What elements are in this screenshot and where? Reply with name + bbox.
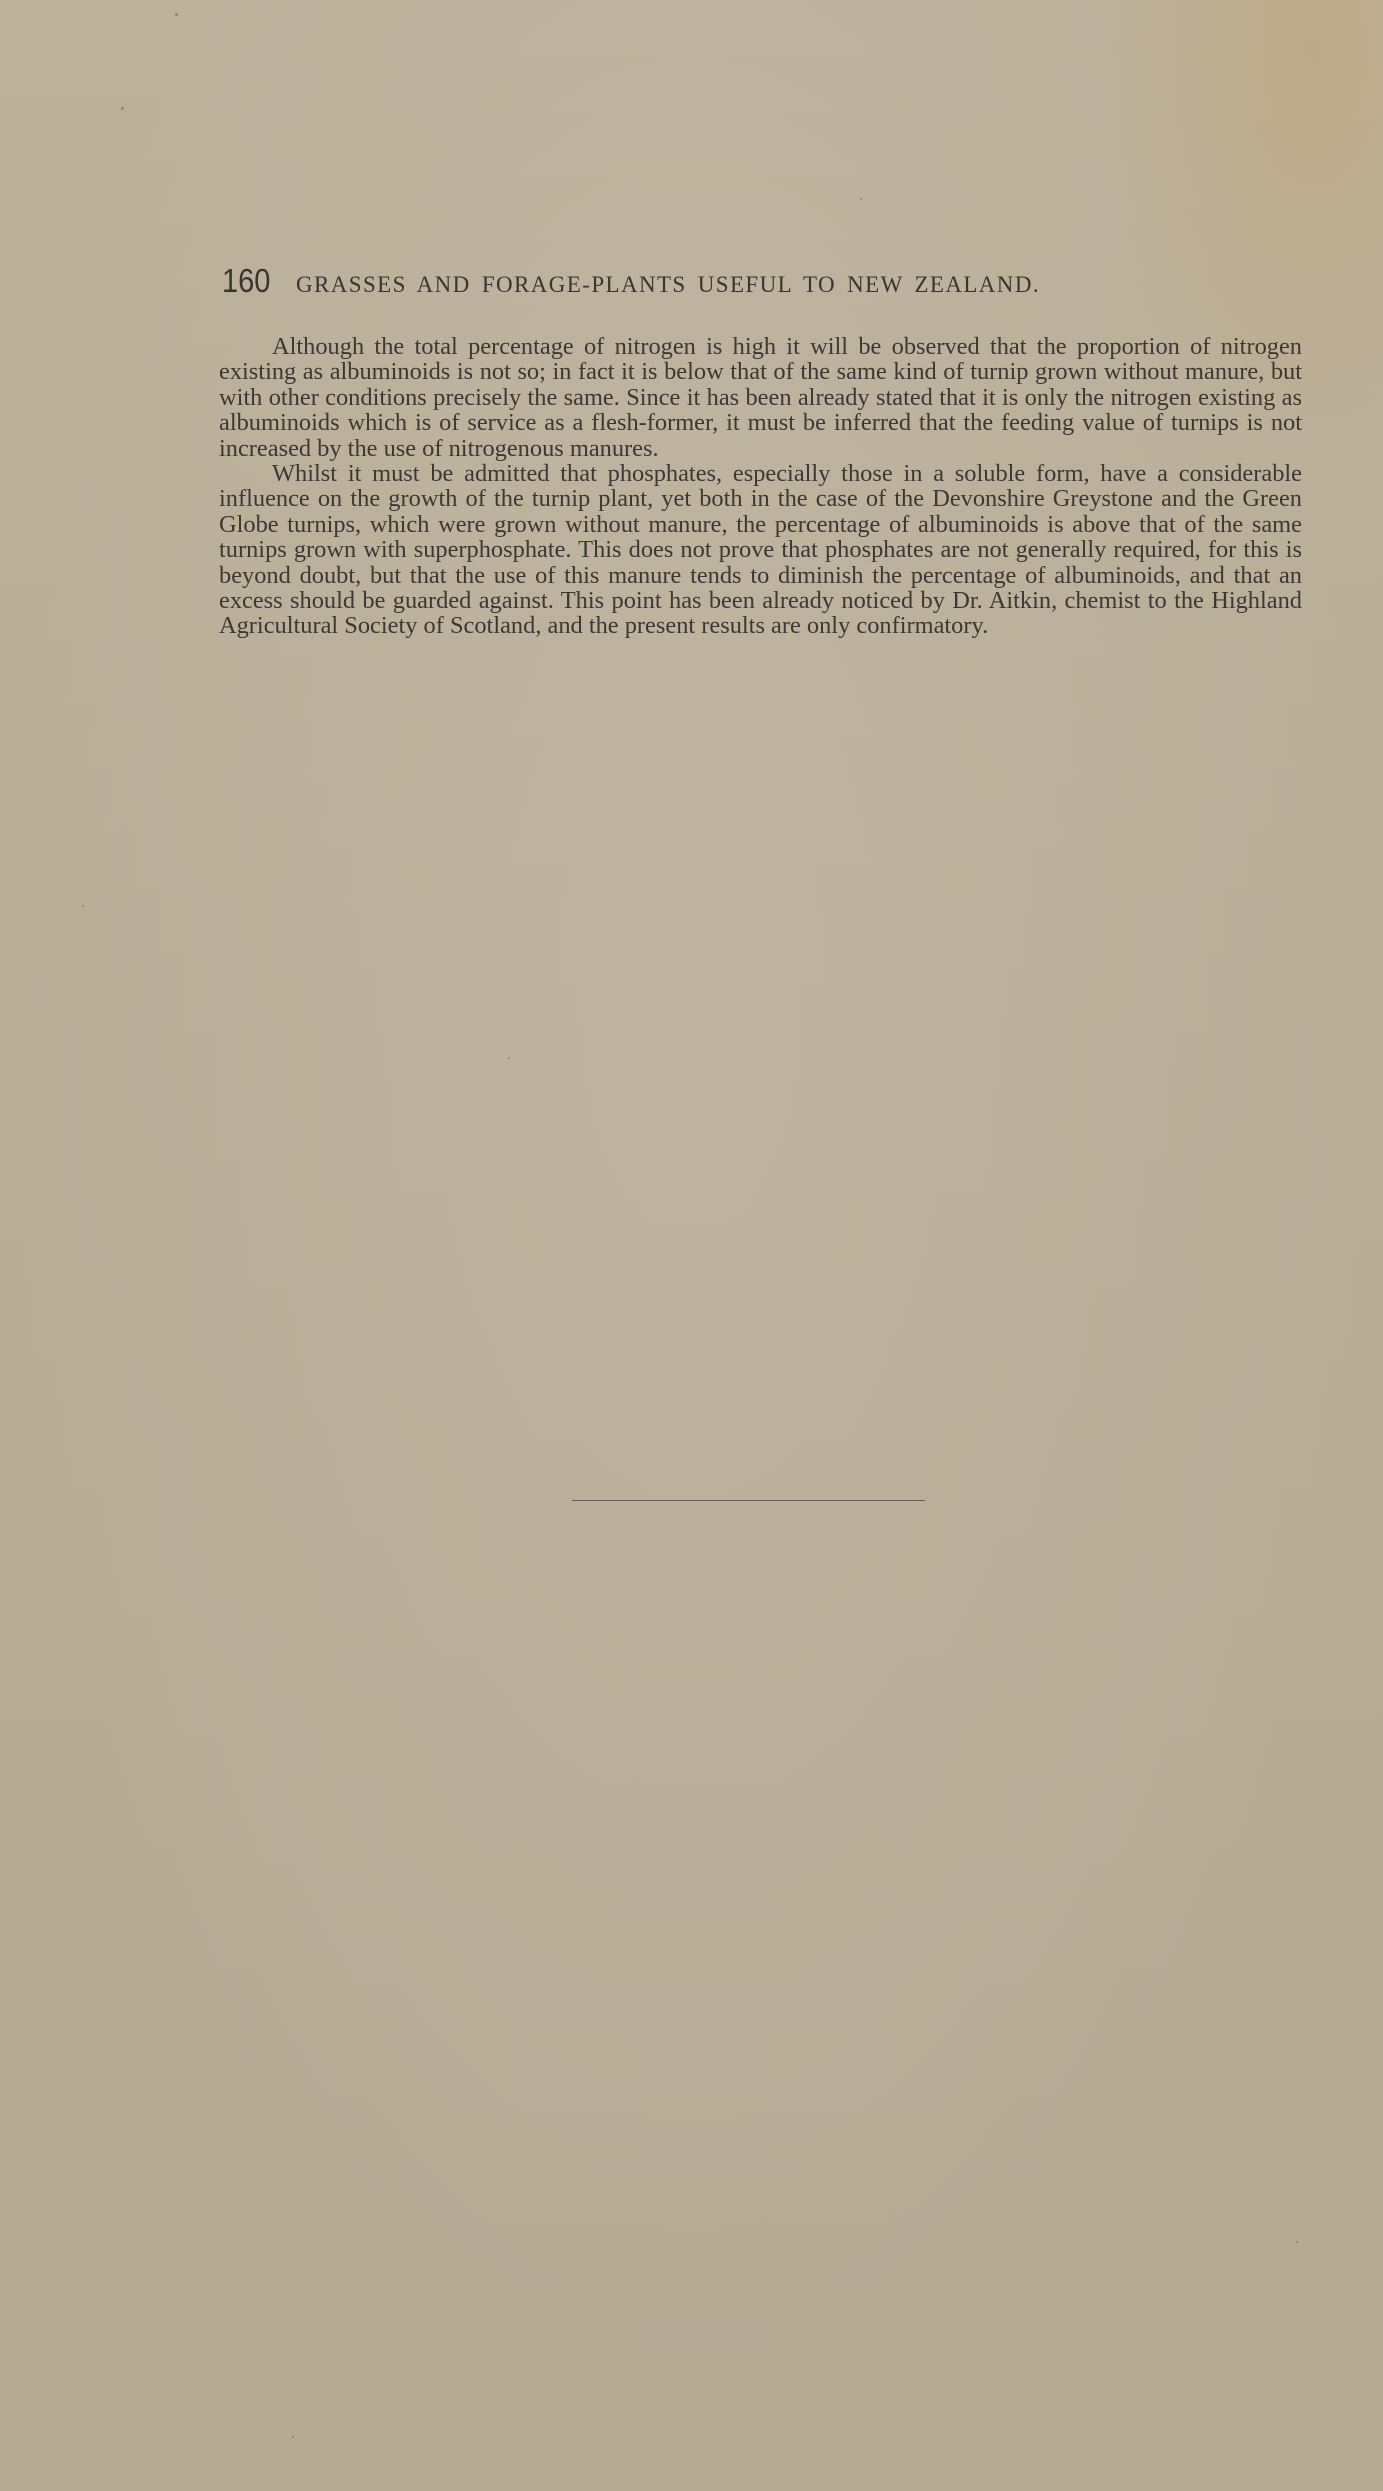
running-head: 160 GRASSES AND FORAGE-PLANTS USEFUL TO … — [222, 262, 1222, 300]
scanned-book-page: 160 GRASSES AND FORAGE-PLANTS USEFUL TO … — [0, 0, 1383, 2491]
body-text: Although the total percentage of nitroge… — [219, 334, 1302, 639]
paper-speck — [1296, 2241, 1298, 2243]
paper-speck — [860, 198, 862, 200]
paragraph-nitrogen: Although the total percentage of nitroge… — [219, 334, 1302, 461]
section-divider-rule — [572, 1500, 925, 1501]
paragraph-phosphates: Whilst it must be admitted that phosphat… — [219, 461, 1302, 639]
running-title: GRASSES AND FORAGE-PLANTS USEFUL TO NEW … — [296, 272, 1040, 298]
paper-speck — [175, 13, 178, 16]
paper-speck — [121, 107, 124, 110]
page-number: 160 — [222, 262, 264, 300]
paper-speck — [82, 905, 84, 907]
paper-speck — [292, 2436, 294, 2438]
paper-speck — [508, 1057, 510, 1059]
